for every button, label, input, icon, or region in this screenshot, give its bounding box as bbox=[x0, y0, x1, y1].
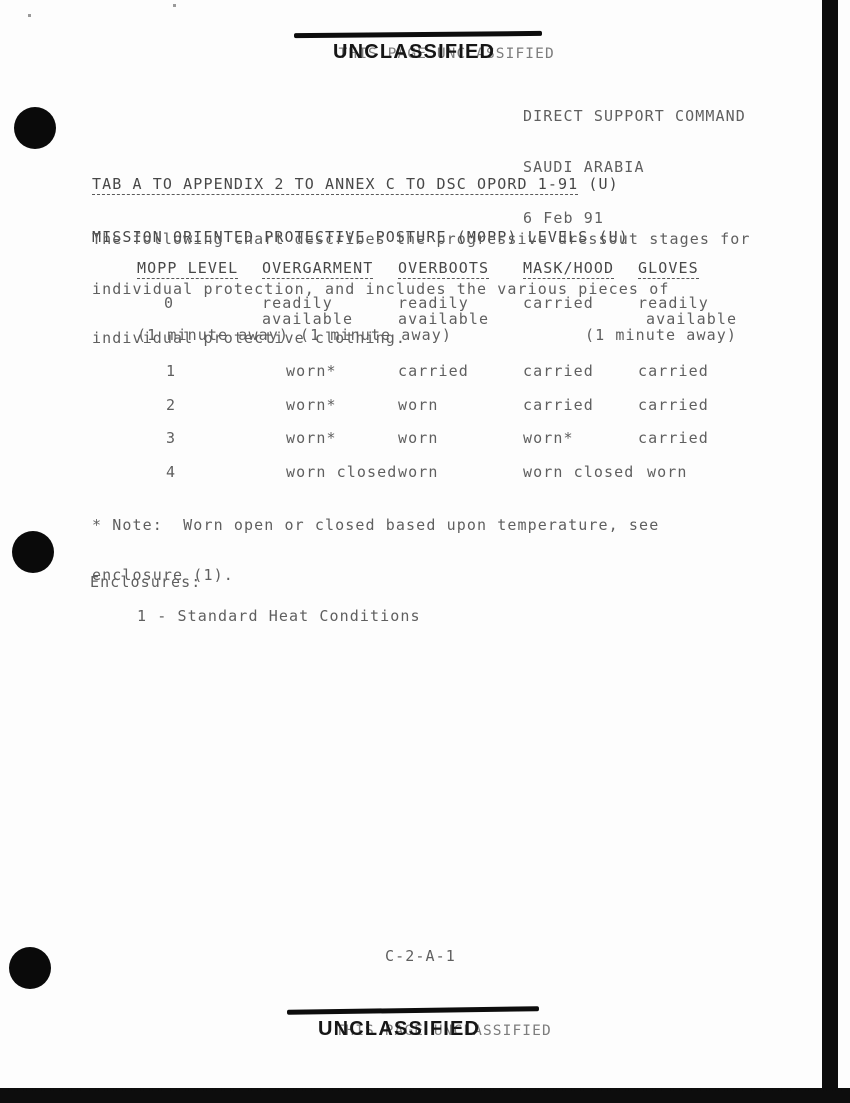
table-row-level-4-cell-mask: worn closed bbox=[523, 464, 634, 481]
strike-line bbox=[294, 31, 542, 38]
title-line1-suffix: (U) bbox=[578, 175, 619, 193]
table-row-level-4-cell-overboots: worn bbox=[398, 464, 439, 481]
table-row-level-4-cell-overgarment: worn closed bbox=[286, 464, 397, 481]
table-row-level-1-cell-overboots: carried bbox=[398, 363, 469, 380]
column-header-mask-hood: MASK/HOOD bbox=[523, 260, 614, 279]
table-row-level-1-cell-level: 1 bbox=[166, 363, 176, 380]
title-line1-underlined: TAB A TO APPENDIX 2 TO ANNEX C TO DSC OP… bbox=[92, 175, 578, 195]
table-row-level-2-cell-level: 2 bbox=[166, 397, 176, 414]
column-header-overboots: OVERBOOTS bbox=[398, 260, 489, 279]
scanned-document-page: THIS PAGE UNCLASSIFIED UNCLASSIFIED DIRE… bbox=[0, 0, 850, 1103]
table-row-level-1-cell-overgarment: worn* bbox=[286, 363, 337, 380]
table-row-level-4-cell-level: 4 bbox=[166, 464, 176, 481]
table-row-level-3-cell-overboots: worn bbox=[398, 430, 439, 447]
title-line1: TAB A TO APPENDIX 2 TO ANNEX C TO DSC OP… bbox=[92, 176, 629, 194]
scan-speck bbox=[173, 4, 176, 7]
table-row-level-0-minute-note-1: (1 minute away) bbox=[137, 327, 289, 344]
table-row-level-0-minute-note-3: (1 minute away) bbox=[585, 327, 737, 344]
table-row-level-0-cell-mask: carried bbox=[523, 295, 594, 312]
table-row-level-2-cell-gloves: carried bbox=[638, 397, 709, 414]
enclosures-label: Enclosures: bbox=[90, 574, 201, 591]
table-row-level-3-cell-gloves: carried bbox=[638, 430, 709, 447]
column-header-gloves: GLOVES bbox=[638, 260, 699, 279]
table-row-level-1-cell-gloves: carried bbox=[638, 363, 709, 380]
intro-line1: The following chart describes the progre… bbox=[92, 231, 751, 248]
table-row-level-3-cell-level: 3 bbox=[166, 430, 176, 447]
column-header-mopp-level: MOPP LEVEL bbox=[137, 260, 238, 279]
table-row-level-1-cell-mask: carried bbox=[523, 363, 594, 380]
intro-paragraph: The following chart describes the progre… bbox=[92, 198, 751, 380]
hole-punch-middle bbox=[12, 531, 54, 573]
column-header-overgarment: OVERGARMENT bbox=[262, 260, 373, 279]
enclosures-item-1: 1 - Standard Heat Conditions bbox=[137, 608, 421, 625]
letterhead-command: DIRECT SUPPORT COMMAND bbox=[523, 108, 746, 125]
scan-speck bbox=[28, 14, 31, 17]
page-number: C-2-A-1 bbox=[385, 948, 456, 965]
table-row-level-4-cell-gloves: worn bbox=[647, 464, 688, 481]
hole-punch-top bbox=[14, 107, 56, 149]
scan-edge-right bbox=[822, 0, 838, 1103]
top-classification-stamp: UNCLASSIFIED bbox=[333, 41, 495, 64]
table-row-level-0-minute-note-2: (1 minute away) bbox=[300, 327, 452, 344]
table-row-level-3-cell-overgarment: worn* bbox=[286, 430, 337, 447]
footnote-line1: * Note: Worn open or closed based upon t… bbox=[92, 517, 659, 534]
scan-edge-bottom bbox=[0, 1088, 850, 1103]
table-row-level-2-cell-mask: carried bbox=[523, 397, 594, 414]
table-row-level-0-cell-level: 0 bbox=[164, 295, 174, 312]
hole-punch-bottom bbox=[9, 947, 51, 989]
table-row-level-3-cell-mask: worn* bbox=[523, 430, 574, 447]
table-row-level-2-cell-overgarment: worn* bbox=[286, 397, 337, 414]
strike-line bbox=[287, 1006, 539, 1015]
table-row-level-2-cell-overboots: worn bbox=[398, 397, 439, 414]
bottom-classification-stamp: UNCLASSIFIED bbox=[318, 1018, 480, 1041]
footnote: * Note: Worn open or closed based upon t… bbox=[92, 484, 659, 616]
